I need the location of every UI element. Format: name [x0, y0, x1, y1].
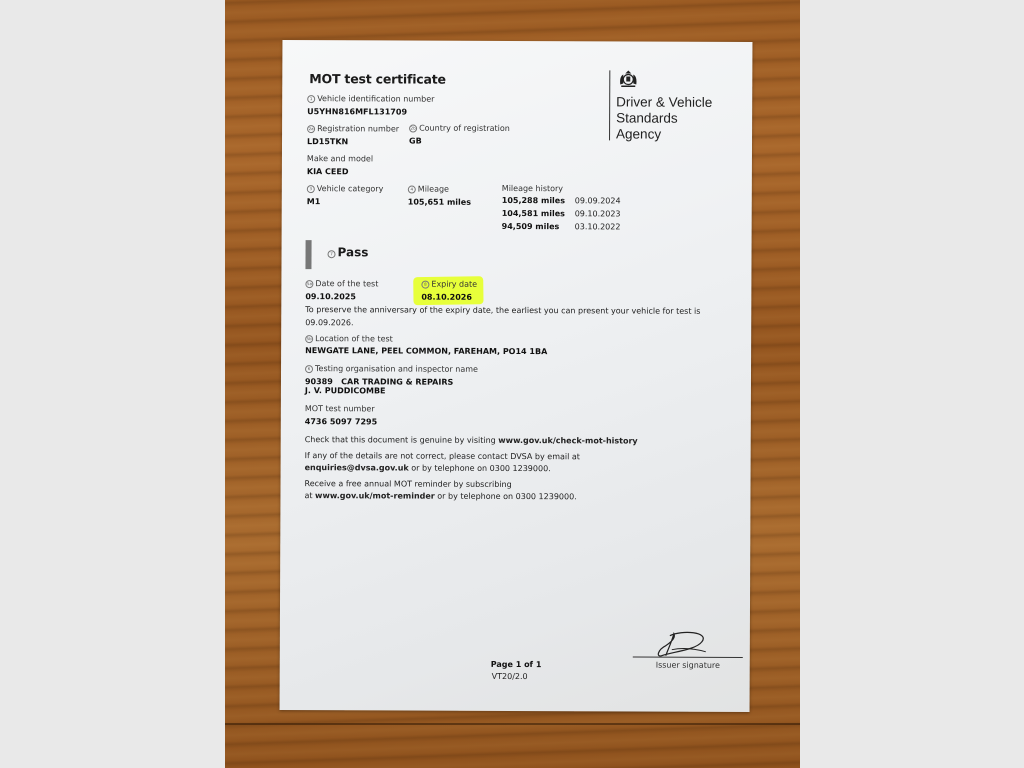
reminder-text-line1: Receive a free annual MOT reminder by su… — [305, 479, 512, 489]
contact-text-line1: If any of the details are not correct, p… — [305, 451, 580, 461]
mileage-history-date-2: 03.10.2022 — [575, 222, 621, 231]
field-number-icon: 2b — [409, 125, 417, 133]
test-date-value: 09.10.2025 — [305, 292, 356, 301]
royal-coat-of-arms-icon — [617, 70, 639, 88]
mileage-history-date-0: 09.09.2024 — [575, 196, 621, 205]
field-number-icon: 6 — [305, 365, 313, 373]
mileage-history-date-1: 09.10.2023 — [575, 209, 621, 218]
mot-reminder-link[interactable]: www.gov.uk/mot-reminder — [315, 491, 435, 501]
category-value: M1 — [307, 197, 321, 206]
field-number-icon: 7 — [328, 250, 336, 258]
field-number-icon: 5a — [305, 280, 313, 288]
mileage-history-miles-0: 105,288 miles — [502, 196, 565, 205]
make-model-label: Make and model — [307, 154, 373, 163]
test-number-value: 4736 5097 7295 — [305, 417, 377, 426]
mileage-history-label: Mileage history — [502, 184, 563, 193]
organisation-label: 6Testing organisation and inspector name — [305, 364, 478, 374]
field-number-icon: 1 — [307, 95, 315, 103]
field-number-icon: 2a — [307, 125, 315, 133]
test-number-label: MOT test number — [305, 404, 375, 413]
test-date-label: 5aDate of the test — [305, 279, 378, 288]
mileage-history-miles-2: 94,509 miles — [502, 222, 560, 231]
location-label: 5bLocation of the test — [305, 334, 393, 343]
result-indicator-bar — [305, 240, 311, 269]
expiry-value: 08.10.2026 — [421, 293, 472, 302]
mileage-label: 4Mileage — [408, 185, 449, 194]
inspector-name: J. V. PUDDICOMBE — [305, 386, 386, 395]
field-number-icon: 4 — [408, 186, 416, 194]
mot-certificate-page: MOT test certificate Driver & Vehicle St… — [280, 40, 753, 712]
mileage-history-miles-1: 104,581 miles — [502, 209, 565, 218]
form-code: VT20/2.0 — [492, 672, 528, 681]
vin-value: U5YHN816MFL131709 — [307, 107, 407, 116]
country-label: 2bCountry of registration — [409, 124, 510, 133]
contact-text-line2: enquiries@dvsa.gov.uk or by telephone on… — [305, 463, 551, 473]
earliest-test-date: 09.09.2026. — [305, 318, 353, 327]
page-title: MOT test certificate — [309, 71, 446, 87]
field-number-icon: 3 — [307, 185, 315, 193]
earliest-test-note: To preserve the anniversary of the expir… — [305, 305, 700, 316]
registration-label: 2aRegistration number — [307, 124, 399, 133]
field-number-icon: 8 — [421, 281, 429, 289]
page-number: Page 1 of 1 — [491, 660, 542, 669]
category-label: 3Vehicle category — [307, 184, 384, 193]
genuine-check-text: Check that this document is genuine by v… — [305, 435, 638, 445]
field-number-icon: 5b — [305, 335, 313, 343]
reminder-text-line2: at www.gov.uk/mot-reminder or by telepho… — [304, 491, 576, 501]
logo-divider — [609, 70, 610, 140]
issuer-signature-label: Issuer signature — [656, 661, 720, 670]
country-value: GB — [409, 137, 422, 146]
make-model-value: KIA CEED — [307, 167, 349, 176]
location-value: NEWGATE LANE, PEEL COMMON, FAREHAM, PO14… — [305, 346, 547, 356]
check-mot-history-link[interactable]: www.gov.uk/check-mot-history — [498, 436, 637, 446]
registration-value: LD15TKN — [307, 137, 348, 146]
dvsa-logo: Driver & Vehicle Standards Agency — [609, 70, 749, 143]
dvsa-email-link[interactable]: enquiries@dvsa.gov.uk — [305, 463, 409, 472]
agency-name: Driver & Vehicle Standards Agency — [616, 94, 712, 142]
test-result: 7Pass — [328, 245, 369, 259]
mileage-value: 105,651 miles — [408, 198, 471, 207]
expiry-label: 8Expiry date — [421, 280, 477, 289]
vin-label: 1Vehicle identification number — [307, 94, 434, 104]
